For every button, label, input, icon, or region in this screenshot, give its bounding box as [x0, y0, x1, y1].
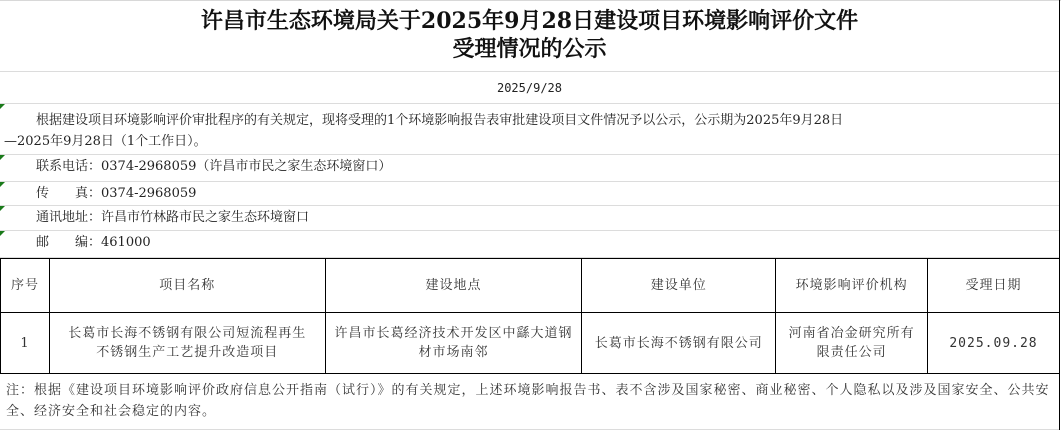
- phone-label: 联系电话：: [36, 159, 101, 174]
- header-builder: 建设单位: [582, 259, 776, 313]
- page-title: 许昌市生态环境局关于2025年9月28日建设项目环境影响评价文件 受理情况的公示: [0, 0, 1059, 72]
- address-label: 通讯地址：: [36, 210, 101, 225]
- table-row: 1 长葛市长海不锈钢有限公司短流程再生不锈钢生产工艺提升改造项目 许昌市长葛经济…: [1, 313, 1060, 374]
- cell-comment-marker-icon: [0, 206, 5, 211]
- intro-line-2: —2025年9月28日（1个工作日）。: [4, 131, 1055, 152]
- header-index: 序号: [1, 259, 50, 313]
- cell-comment-marker-icon: [0, 155, 5, 160]
- fax-label: 传 真：: [36, 186, 101, 201]
- cell-location: 许昌市长葛经济技术开发区中繇大道钢材市场南邻: [325, 313, 582, 374]
- title-line-1: 许昌市生态环境局关于2025年9月28日建设项目环境影响评价文件: [0, 7, 1059, 35]
- header-eia-agency: 环境影响评价机构: [776, 259, 928, 313]
- footnote: 注：根据《建设项目环境影响评价政府信息公开指南（试行）》的有关规定，上述环境影响…: [0, 370, 1059, 430]
- cell-comment-marker-icon: [0, 182, 5, 187]
- contact-postcode-row: 邮 编：461000: [0, 231, 1059, 258]
- cell-comment-marker-icon: [0, 231, 5, 236]
- contact-address-row: 通讯地址：许昌市竹林路市民之家生态环境窗口: [0, 206, 1059, 231]
- fax-value: 0374-2968059: [101, 186, 196, 201]
- cell-eia-agency: 河南省冶金研究所有限责任公司: [776, 313, 928, 374]
- notice-sheet: 许昌市生态环境局关于2025年9月28日建设项目环境影响评价文件 受理情况的公示…: [0, 0, 1061, 430]
- title-line-2: 受理情况的公示: [0, 35, 1059, 63]
- right-border: [1059, 0, 1060, 430]
- header-location: 建设地点: [325, 259, 582, 313]
- contact-phone-row: 联系电话：0374-2968059（许昌市市民之家生态环境窗口）: [0, 155, 1059, 182]
- publish-date: 2025/9/28: [0, 72, 1059, 104]
- table-header-row: 序号 项目名称 建设地点 建设单位 环境影响评价机构 受理日期: [1, 259, 1060, 313]
- intro-paragraph: 根据建设项目环境影响评价审批程序的有关规定，现将受理的1个环境影响报告表审批建设…: [0, 104, 1059, 155]
- cell-index: 1: [1, 313, 50, 374]
- postcode-label: 邮 编：: [36, 235, 101, 250]
- header-project-name: 项目名称: [49, 259, 325, 313]
- address-value: 许昌市竹林路市民之家生态环境窗口: [101, 210, 309, 225]
- cell-accept-date: 2025.09.28: [928, 313, 1060, 374]
- postcode-value: 461000: [101, 235, 151, 250]
- projects-table: 序号 项目名称 建设地点 建设单位 环境影响评价机构 受理日期 1 长葛市长海不…: [0, 258, 1060, 374]
- contact-fax-row: 传 真：0374-2968059: [0, 182, 1059, 206]
- intro-line-1: 根据建设项目环境影响评价审批程序的有关规定，现将受理的1个环境影响报告表审批建设…: [4, 110, 1055, 131]
- cell-project-name: 长葛市长海不锈钢有限公司短流程再生不锈钢生产工艺提升改造项目: [49, 313, 325, 374]
- cell-builder: 长葛市长海不锈钢有限公司: [582, 313, 776, 374]
- header-accept-date: 受理日期: [928, 259, 1060, 313]
- cell-comment-marker-icon: [0, 104, 5, 109]
- phone-value: 0374-2968059（许昌市市民之家生态环境窗口）: [101, 159, 391, 174]
